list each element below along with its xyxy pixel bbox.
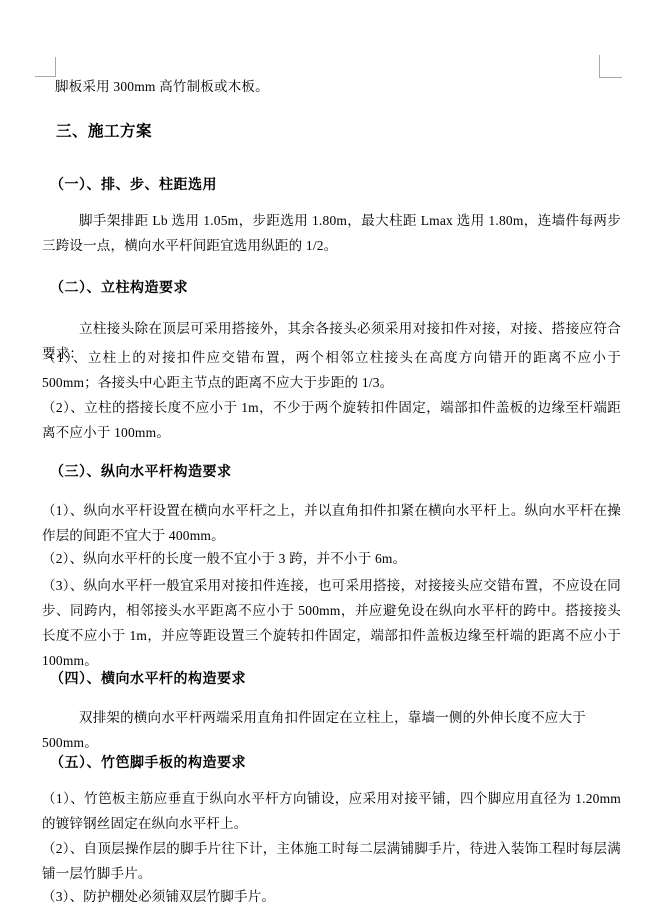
paragraph: （2）、纵向水平杆的长度一般不宜小于 3 跨，并不小于 6m。 (42, 546, 621, 571)
continuation-paragraph: 脚板采用 300mm 高竹制板或木板。 (55, 77, 269, 97)
document-page: 脚板采用 300mm 高竹制板或木板。 三、施工方案 （一）、排、步、柱距选用 … (0, 0, 660, 911)
paragraph: （1）、纵向水平杆设置在横向水平杆之上，并以直角扣件扣紧在横向水平杆上。纵向水平… (42, 498, 621, 548)
section-heading-4: （四）、横向水平杆的构造要求 (50, 670, 246, 690)
paragraph: （1）、竹笆板主筋应垂直于纵向水平杆方向铺设，应采用对接平铺，四个脚应用直径为 … (42, 786, 621, 836)
paragraph: （2）、立柱的搭接长度不应小于 1m，不少于两个旋转扣件固定，端部扣件盖板的边缘… (42, 395, 621, 445)
section-heading-3: （三）、纵向水平杆构造要求 (50, 463, 232, 483)
chapter-title: 三、施工方案 (56, 122, 152, 142)
section-heading-2: （二）、立柱构造要求 (50, 279, 188, 299)
paragraph: （2）、自顶层操作层的脚手片往下计，主体施工时每二层满铺脚手片，待进入装饰工程时… (42, 836, 621, 886)
section-heading-1: （一）、排、步、柱距选用 (50, 176, 217, 196)
paragraph: 双排架的横向水平杆两端采用直角扣件固定在立柱上，靠墙一侧的外伸长度不应大于 50… (42, 705, 621, 755)
paragraph: （3）、纵向水平杆一般宜采用对接扣件连接，也可采用搭接，对接接头应交错布置，不应… (42, 573, 621, 673)
paragraph: （1）、立柱上的对接扣件应交错布置，两个相邻立柱接头在高度方向错开的距离不应小于… (42, 345, 621, 395)
paragraph: （3）、防护棚处必须铺双层竹脚手片。 (42, 884, 621, 909)
section-heading-5: （五）、竹笆脚手板的构造要求 (50, 754, 246, 774)
paragraph: 脚手架排距 Lb 选用 1.05m，步距选用 1.80m，最大柱距 Lmax 选… (42, 208, 621, 258)
